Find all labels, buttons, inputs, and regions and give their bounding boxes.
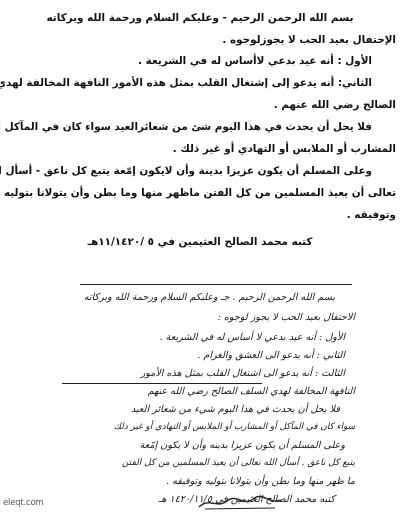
handwritten-line: ما ظهر منها وما بطن وأن يتولانا بتوليه و… — [166, 476, 355, 487]
watermark: eleqt.com — [3, 498, 44, 508]
reason-second-line2: الصالح رضي الله عنهم . — [274, 99, 396, 111]
handwritten-letter: بسم الله الرحمن الرحيم . جـ وعليكم السلا… — [62, 280, 355, 515]
paragraph-2-line2: تعالى أن يعيذ المسلمين من كل الفتن ماظهر… — [4, 187, 396, 199]
paragraph-2-line3: وتوفيقه . — [347, 209, 396, 221]
underline — [62, 383, 262, 384]
handwritten-line: فلا يحل أن يحدث في هذا اليوم شيء من شعائ… — [131, 404, 340, 415]
handwritten-line: الأول : أنه عيد بدعي لا أساس له في الشري… — [160, 332, 345, 343]
paragraph-1-line2: المشارب أو الملابس أو التهادي أو غير ذلك… — [173, 143, 396, 155]
handwritten-line: الثالث : أنه يدعو الى اشتغال القلب بمثل … — [141, 368, 345, 379]
author-signature-line: كتبه محمد الصالح العثيمين في ٥ /١١/١٤٢٠ه… — [0, 236, 400, 248]
reason-first: الأول : أنه عيد بدعي لاأساس له في الشريع… — [138, 55, 372, 67]
subject-line: الإحتفال بعيد الحب لا يجوزلوجوه . — [222, 34, 396, 46]
handwritten-line: يتبع كل ناعق . أسأل الله تعالى أن يعيذ ا… — [122, 458, 355, 468]
handwritten-line: الثاني : أنه يدعو الى العشق والغرام . — [197, 350, 345, 361]
handwritten-line: وعلى المسلم أن يكون عزيزا بدينه وأن لا ي… — [140, 440, 345, 451]
greeting: بسم الله الرحمن الرحيم - وعليكم السلام و… — [0, 12, 400, 24]
handwritten-line: بسم الله الرحمن الرحيم . جـ وعليكم السلا… — [84, 292, 335, 303]
handwritten-line: سواء كان في المآكل أو المشارب أو الملابس… — [114, 422, 355, 432]
handwritten-line: الاحتفال بعيد الحب لا يجوز لوجوه : — [218, 312, 355, 323]
paragraph-1-line1: فلا يحل أن يحدث في هذا اليوم شئ من شعائر… — [4, 121, 372, 133]
handwritten-line: التافهة المخالفة لهدي السلف الصالح رضي ا… — [148, 386, 355, 397]
signature-scribble — [195, 495, 285, 511]
reason-second-line1: الثاني: أنه يدعو إلى إشتغال القلب بمثل ه… — [4, 77, 372, 89]
paragraph-2-line1: وعلى المسلم أن يكون عزيزا بدينة وأن لايك… — [4, 165, 372, 177]
